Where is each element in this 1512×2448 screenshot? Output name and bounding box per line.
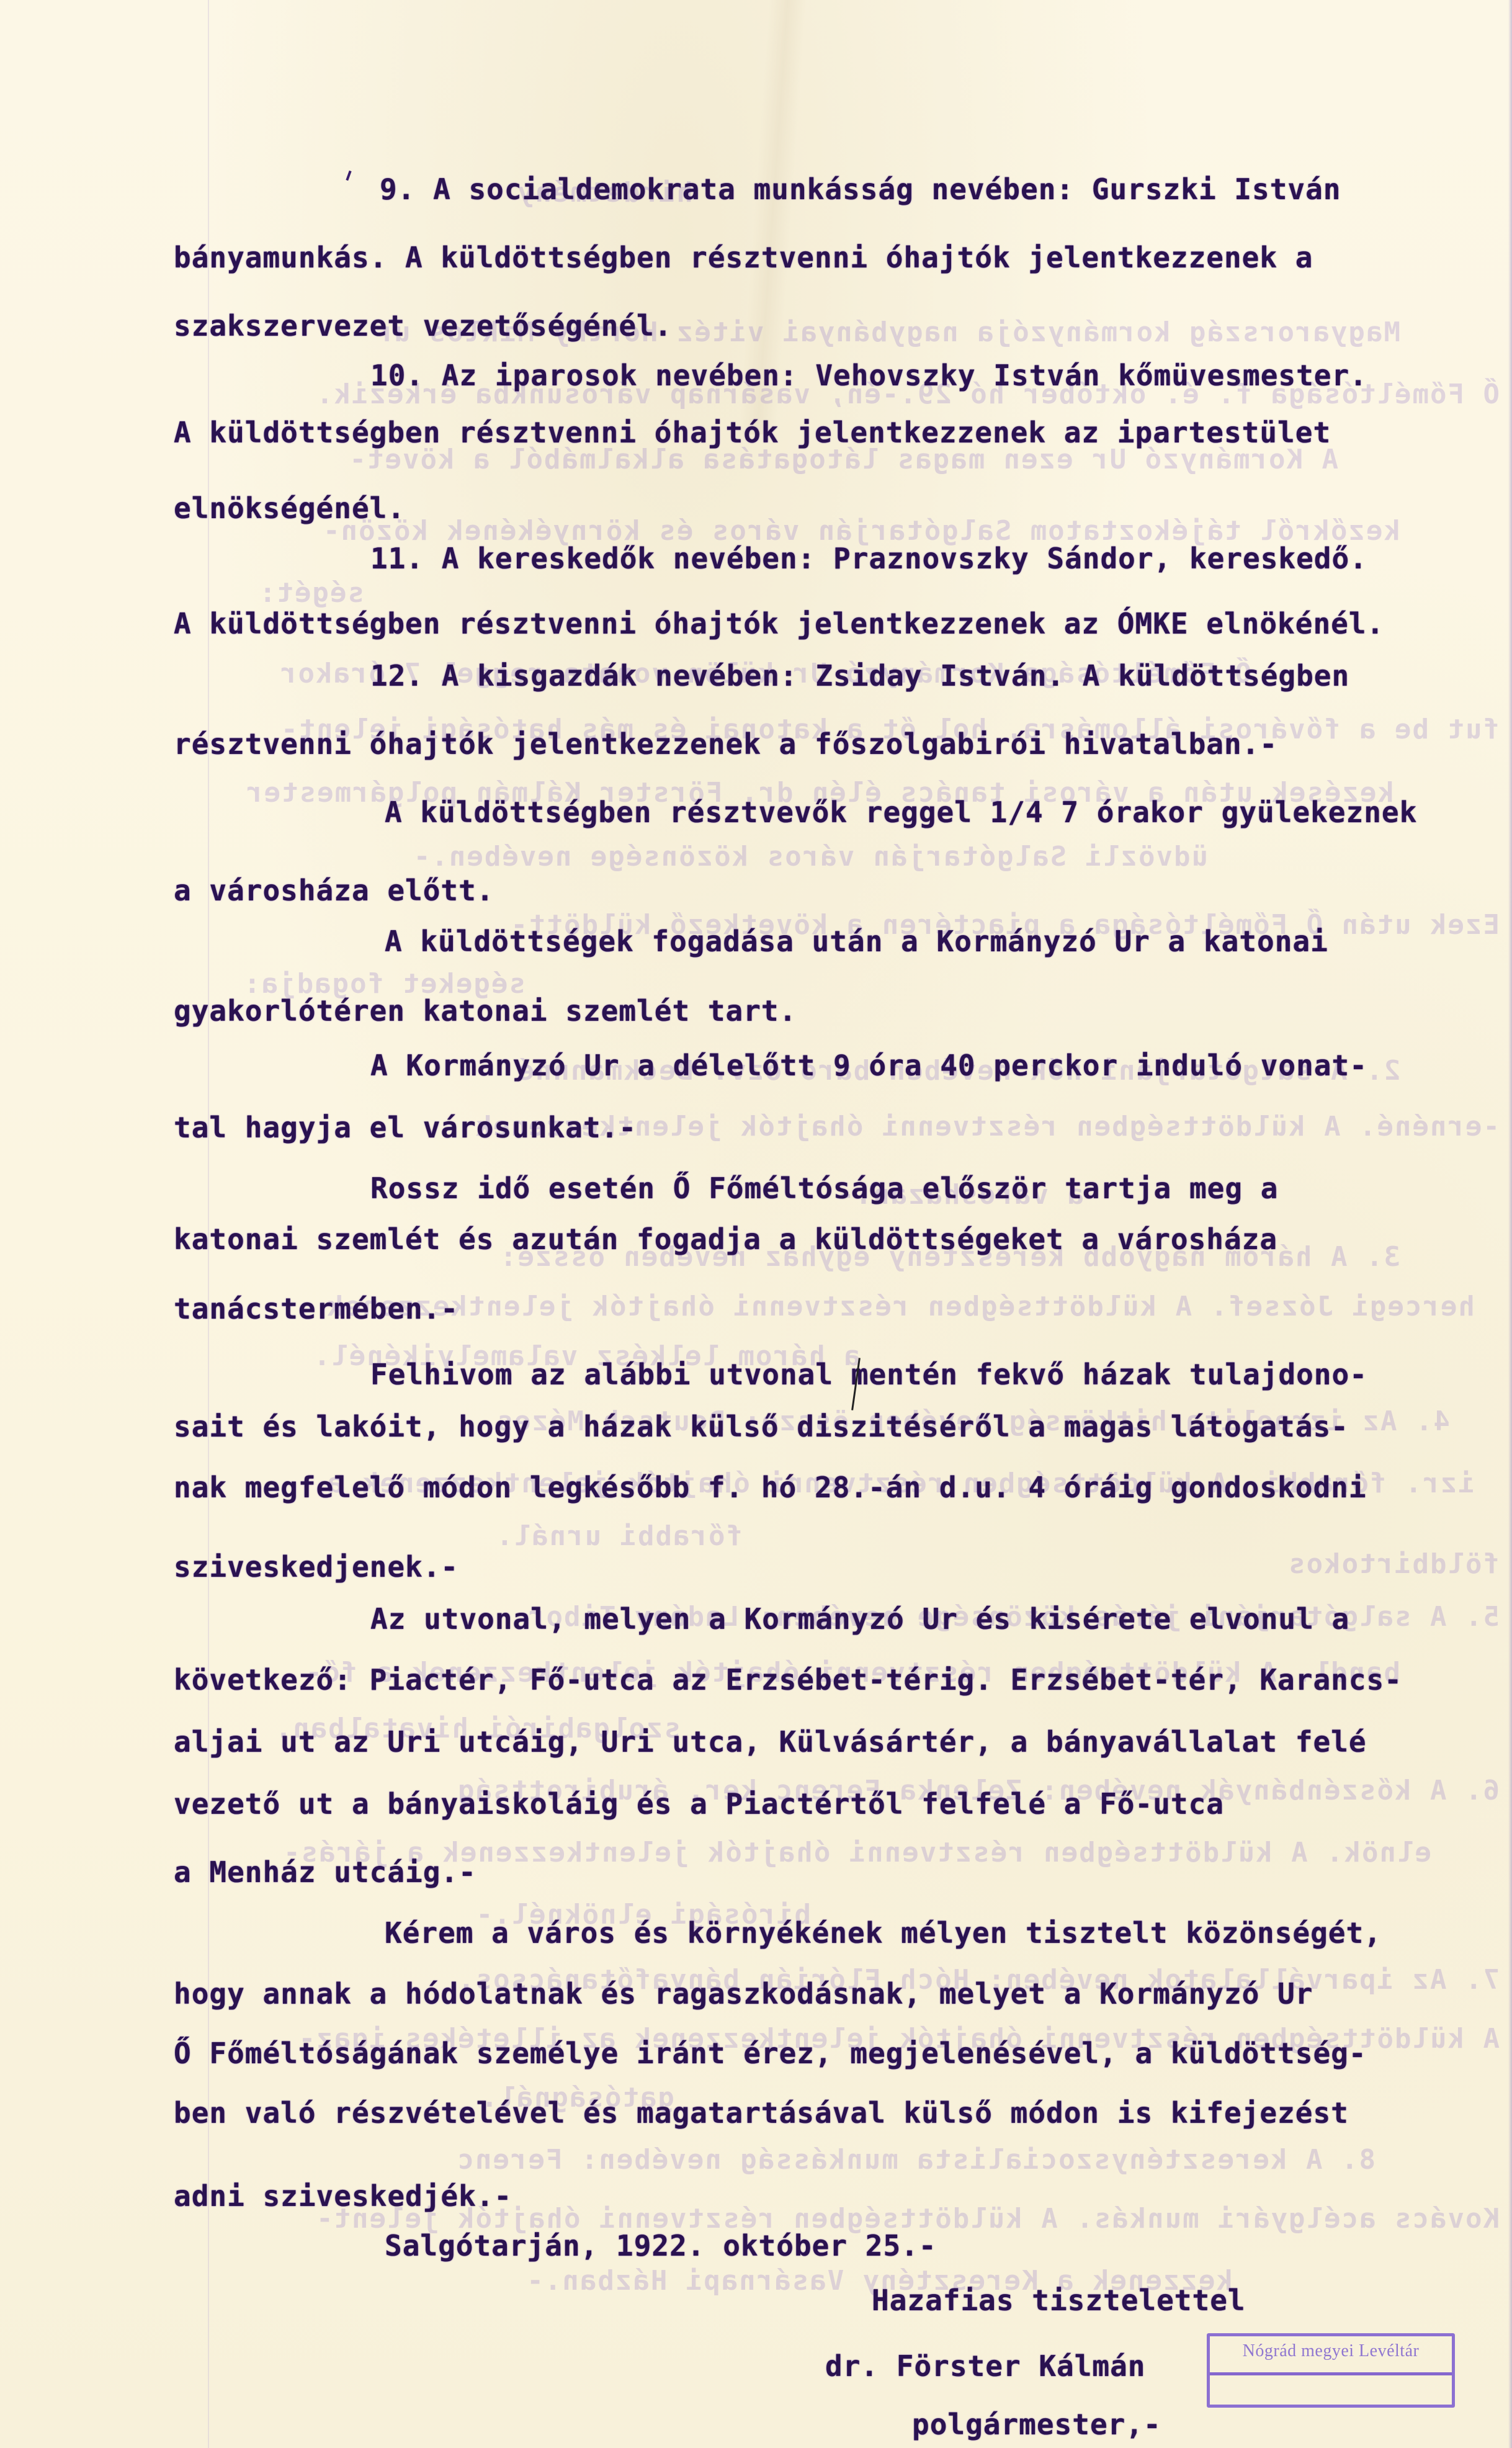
document-line: következő: Piactér, Fő-utca az Erzsébet-… <box>174 1663 1402 1697</box>
document-line: dr. Förster Kálmán <box>825 2349 1146 2383</box>
document-line: sait és lakóit, hogy a házak külső diszi… <box>174 1410 1349 1443</box>
document-line: 10. Az iparosok nevében: Vehovszky Istvá… <box>370 359 1367 392</box>
document-line: tal hagyja el városunkat.- <box>174 1111 637 1144</box>
document-line: katonai szemlét és azután fogadja a küld… <box>174 1222 1277 1256</box>
document-line: adni sziveskedjék.- <box>174 2179 512 2213</box>
document-line: ben való részvételével és magatartásával… <box>174 2096 1349 2130</box>
document-line: Rossz idő esetén Ő Főméltósága először t… <box>370 1172 1278 1205</box>
document-line: Ő Főméltóságának személye iránt érez, me… <box>174 2037 1367 2070</box>
document-line: bányamunkás. A küldöttségben résztvenni … <box>174 241 1313 274</box>
document-line: szakszervezet vezetőségénél. <box>174 309 672 343</box>
document-line: Salgótarján, 1922. október 25.- <box>385 2229 937 2262</box>
document-line: nak megfelelő módon legkésőbb f. hó 28.-… <box>174 1471 1367 1504</box>
document-line: 9. A socialdemokrata munkásság nevében: … <box>380 173 1341 206</box>
document-line: A küldöttségek fogadása után a Kormányzó… <box>385 925 1328 958</box>
document-line: A küldöttségben résztvenni óhajtók jelen… <box>174 607 1384 640</box>
document-line: a városháza előtt. <box>174 874 494 907</box>
stamp-divider <box>1210 2372 1452 2375</box>
document-line: A küldöttségben résztvenni óhajtók jelen… <box>174 416 1331 449</box>
document-line: a Menház utcáig.- <box>174 1855 476 1889</box>
document-line: A Kormányzó Ur a délelőtt 9 óra 40 perck… <box>370 1049 1367 1082</box>
document-line: sziveskedjenek.- <box>174 1550 459 1584</box>
document-line: 12. A kisgazdák nevében: Zsiday István. … <box>370 659 1349 693</box>
document-line: gyakorlótéren katonai szemlét tart. <box>174 994 797 1028</box>
document-line: 11. A kereskedők nevében: Praznovszky Sá… <box>370 542 1367 575</box>
document-line: tanácstermében.- <box>174 1292 459 1325</box>
document-line: Az utvonal, melyen a Kormányzó Ur és kis… <box>370 1602 1349 1636</box>
document-line: elnökségénél. <box>174 491 405 525</box>
document-line: A küldöttségben résztvevők reggel 1/4 7 … <box>385 796 1417 829</box>
paper-right-edge <box>1508 0 1512 2448</box>
archive-stamp-label: Nógrád megyei Levéltár <box>1210 2341 1452 2361</box>
document-line: aljai ut az Uri utcáig, Uri utca, Külvás… <box>174 1725 1367 1759</box>
document-line: résztvenni óhajtók jelentkezzenek a fősz… <box>174 727 1277 761</box>
document-line: vezető ut a bányaiskoláig és a Piactértő… <box>174 1787 1224 1821</box>
archive-stamp: Nógrád megyei Levéltár <box>1207 2333 1455 2408</box>
document-line: Hazafias tisztelettel <box>872 2284 1246 2317</box>
document-line: polgármester,- <box>912 2408 1161 2441</box>
document-line: Felhivom az alábbi utvonal mentén fekvő … <box>370 1358 1367 1391</box>
document-line: Kérem a város és környékének mélyen tisz… <box>385 1916 1382 1950</box>
document-line: hogy annak a hódolatnak és ragaszkodásna… <box>174 1977 1313 2011</box>
